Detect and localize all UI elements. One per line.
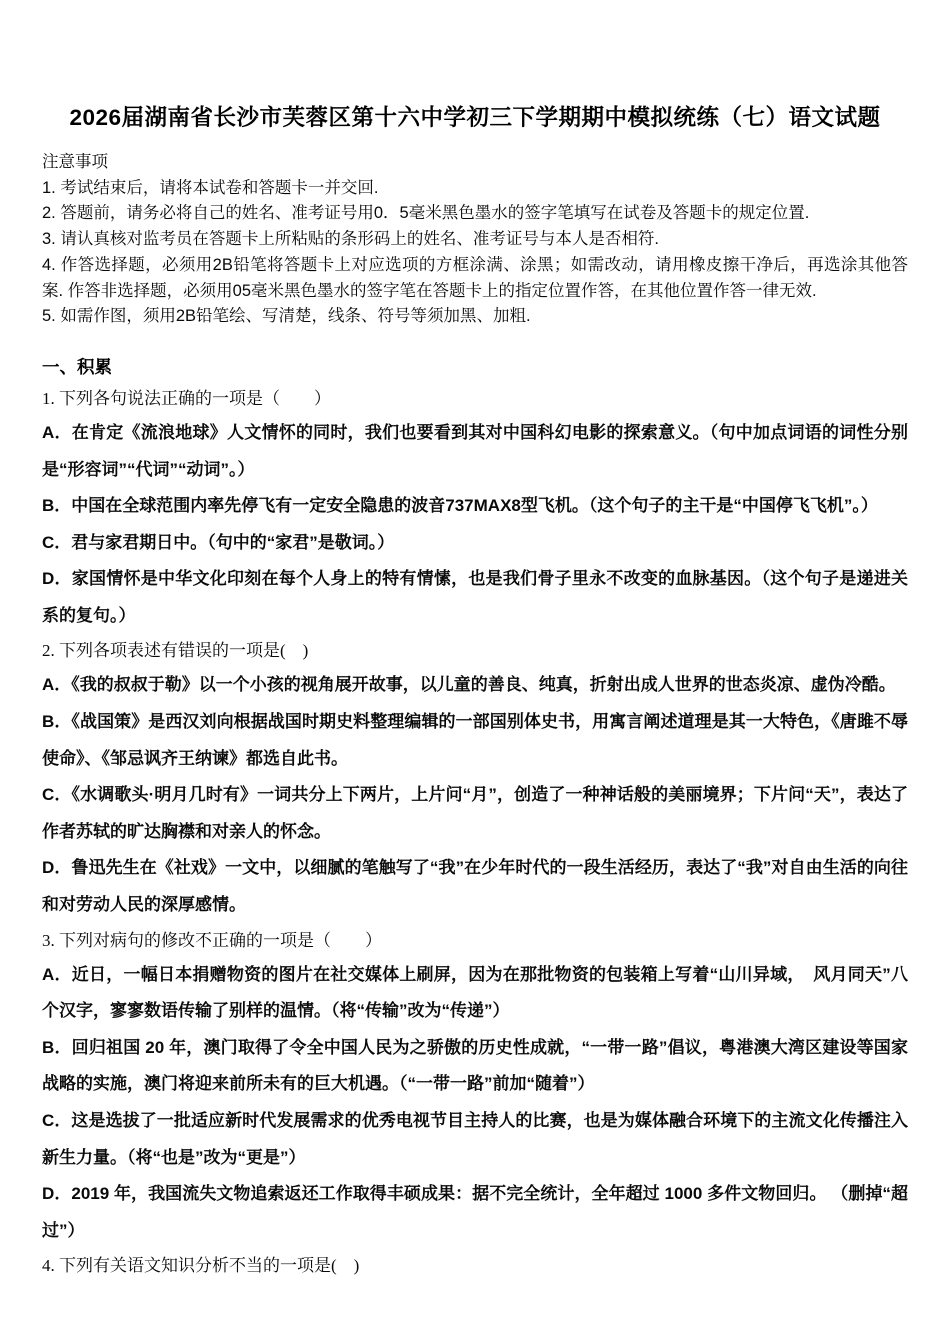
question-2-option-a: A．《我的叔叔于勒》以一个小孩的视角展开故事，以儿童的善良、纯真，折射出成人世界… xyxy=(42,667,908,704)
question-1-option-b: B．中国在全球范围内率先停飞有一定安全隐患的波音737MAX8型飞机。（这个句子… xyxy=(42,488,908,525)
question-1-option-d: D．家国情怀是中华文化印刻在每个人身上的特有情愫，也是我们骨子里永不改变的血脉基… xyxy=(42,561,908,634)
question-3-option-c: C．这是选拔了一批适应新时代发展需求的优秀电视节目主持人的比赛，也是为媒体融合环… xyxy=(42,1103,908,1176)
question-1-option-a: A．在肯定《流浪地球》人文情怀的同时，我们也要看到其对中国科幻电影的探索意义。（… xyxy=(42,415,908,488)
exam-page: 2026届湖南省长沙市芙蓉区第十六中学初三下学期期中模拟统练（七）语文试题 注意… xyxy=(0,0,950,1344)
question-2-stem: 2. 下列各项表述有错误的一项是( ) xyxy=(42,634,908,667)
question-3-option-b: B．回归祖国 20 年，澳门取得了令全中国人民为之骄傲的历史性成就，“一带一路”… xyxy=(42,1030,908,1103)
exam-title: 2026届湖南省长沙市芙蓉区第十六中学初三下学期期中模拟统练（七）语文试题 xyxy=(42,102,908,134)
question-3-stem: 3. 下列对病句的修改不正确的一项是（ ） xyxy=(42,924,908,957)
question-4: 4. 下列有关语文知识分析不当的一项是( ) xyxy=(42,1249,908,1282)
section-heading-accumulation: 一、积累 xyxy=(42,352,908,382)
notice-item-3: 3. 请认真核对监考员在答题卡上所粘贴的条形码上的姓名、准考证号与本人是否相符. xyxy=(42,227,908,253)
notice-item-1: 1. 考试结束后，请将本试卷和答题卡一并交回. xyxy=(42,176,908,202)
question-1: 1. 下列各句说法正确的一项是（ ） A．在肯定《流浪地球》人文情怀的同时，我们… xyxy=(42,382,908,635)
question-3-option-d: D．2019 年，我国流失文物追索返还工作取得丰硕成果：据不完全统计，全年超过 … xyxy=(42,1176,908,1249)
question-4-stem: 4. 下列有关语文知识分析不当的一项是( ) xyxy=(42,1249,908,1282)
question-2: 2. 下列各项表述有错误的一项是( ) A．《我的叔叔于勒》以一个小孩的视角展开… xyxy=(42,634,908,923)
questions-block: 1. 下列各句说法正确的一项是（ ） A．在肯定《流浪地球》人文情怀的同时，我们… xyxy=(42,382,908,1282)
notice-item-4: 4. 作答选择题，必须用2B铅笔将答题卡上对应选项的方框涂满、涂黑；如需改动，请… xyxy=(42,253,908,304)
notice-item-2: 2. 答题前，请务必将自己的姓名、准考证号用0．5毫米黑色墨水的签字笔填写在试卷… xyxy=(42,201,908,227)
question-1-stem: 1. 下列各句说法正确的一项是（ ） xyxy=(42,382,908,415)
notice-section: 注意事项 1. 考试结束后，请将本试卷和答题卡一并交回. 2. 答题前，请务必将… xyxy=(42,150,908,330)
question-3: 3. 下列对病句的修改不正确的一项是（ ） A．近日，一幅日本捐赠物资的图片在社… xyxy=(42,924,908,1250)
notice-item-5: 5. 如需作图，须用2B铅笔绘、写清楚，线条、符号等须加黑、加粗. xyxy=(42,304,908,330)
question-2-option-d: D．鲁迅先生在《社戏》一文中，以细腻的笔触写了“我”在少年时代的一段生活经历，表… xyxy=(42,850,908,923)
question-1-option-c: C．君与家君期日中。（句中的“家君”是敬词。） xyxy=(42,525,908,562)
question-2-option-c: C．《水调歌头·明月几时有》一词共分上下两片，上片问“月”，创造了一种神话般的美… xyxy=(42,777,908,850)
notice-heading: 注意事项 xyxy=(42,150,908,176)
question-2-option-b: B．《战国策》是西汉刘向根据战国时期史料整理编辑的一部国别体史书，用寓言阐述道理… xyxy=(42,704,908,777)
question-3-option-a: A．近日，一幅日本捐赠物资的图片在社交媒体上刷屏，因为在那批物资的包装箱上写着“… xyxy=(42,957,908,1030)
